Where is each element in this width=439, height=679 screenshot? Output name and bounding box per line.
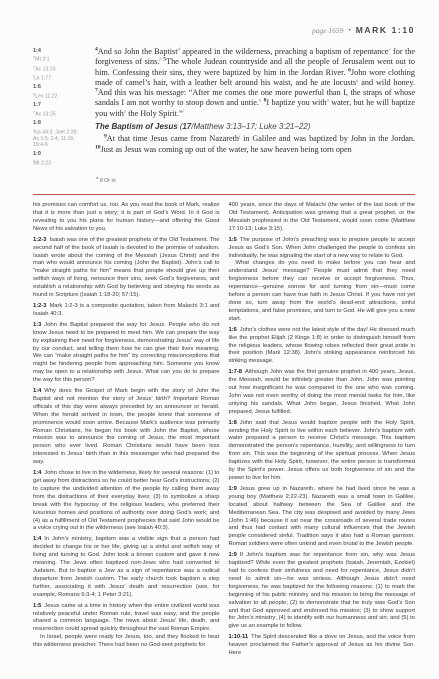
footnote-marker: a [96,175,98,180]
scripture-text-column: 4And so John the Baptistd appeared in th… [95,47,415,169]
study-note: 1:6 John’s clothes were not the latest s… [229,327,416,367]
margin-cross-reference: hAc 13:25 [33,109,95,118]
note-verse-reference: 1:3 [33,322,41,328]
red-divider-rule [33,194,415,195]
section-heading: The Baptism of Jesus(17/Matthew 3:13–17;… [95,122,415,132]
cross-reference-letter: d [177,46,179,51]
study-note-paragraph: 1:5 The purpose of John’s preaching was … [229,237,416,261]
study-note: 1:4 Why does the Gospel of Mark begin wi… [33,388,220,467]
study-note-paragraph: 1:5 Jesus came at a time in history when… [33,603,220,635]
cross-reference-letter: g [356,77,358,82]
note-verse-reference: 1:2-3 [33,237,47,243]
verse-number: 5 [163,57,166,63]
study-notes-left-column: his promises can comfort us, too. As you… [33,202,220,661]
study-note: 1:7-8 Although John was the first genuin… [229,369,416,416]
margin-entry: 1:9jMt 2:23 [33,151,95,167]
study-note: 1:4 John chose to live in the wilderness… [33,470,220,533]
section-heading-title: The Baptism of Jesus [95,122,178,131]
scripture-paragraph-verses-4-8: 4And so John the Baptistd appeared in th… [95,47,415,119]
verse-number: 6 [348,67,351,73]
study-note: 1:5 The purpose of John’s preaching was … [229,237,416,324]
cross-reference-letter: j [239,134,240,139]
cross-reference-letter: i [183,108,184,113]
note-verse-reference: 1:2-3 [33,303,47,309]
study-note-paragraph: 1:9 Jesus grew up in Nazareth, where he … [229,486,416,549]
scripture-section: 1:4dMt 3:1eAc 13:24fLk 1:771:6gLev 11:22… [33,47,415,169]
scripture-paragraph-verses-9-10: 9At that time Jesus came from Nazarethj … [95,134,415,155]
note-verse-reference: 1:5 [33,603,41,609]
margin-cross-reference: fLk 1:77 [33,73,95,82]
note-verse-reference: 1:4 [33,470,41,476]
cross-reference-letter: h [259,98,261,103]
verse-number: 10 [95,144,101,150]
running-head: page 1659•MARK 1:10 [33,20,415,38]
note-verse-reference: 1:9 [229,486,237,492]
parallel-passages: /Matthew 3:13–17; Luke 3:21–22) [191,122,310,131]
note-verse-reference: 1:10-11 [229,634,249,640]
study-note-paragraph: 1:2-3 Isaiah was one of the greatest pro… [33,237,220,300]
study-note: 1:4 In John’s ministry, baptism was a vi… [33,536,220,599]
study-note-paragraph: In Israel, people were ready for Jesus, … [33,634,220,650]
study-note-paragraph: 1:8 John said that Jesus would baptize p… [229,420,416,483]
study-note-paragraph: 1:4 John chose to live in the wilderness… [33,470,220,533]
note-verse-reference: 1:4 [33,388,41,394]
verse-number: 8 [264,98,267,104]
cross-reference-letter: a [327,98,329,103]
note-verse-reference: 1:4 [33,536,41,542]
study-note: 1:9 If John’s baptism was for repentance… [229,552,416,631]
verse-number: 7 [95,87,98,93]
bible-page: page 1659•MARK 1:10 1:4dMt 3:1eAc 13:24f… [0,0,439,661]
margin-references: 1:4dMt 3:1eAc 13:24fLk 1:771:6gLev 11:22… [33,47,95,169]
footnote-verse: 8 [100,178,103,184]
footnote-text: Or in [104,178,115,184]
book-chapter-verse: MARK 1:10 [356,25,415,35]
study-note: 1:8 John said that Jesus would baptize p… [229,420,416,483]
study-note-paragraph: 1:7-8 Although John was the first genuin… [229,369,416,416]
study-note: 1:3 John the Baptist prepared the way fo… [33,322,220,385]
study-note: 1:10-11 The Spirit descended like a dove… [229,634,416,658]
study-note-paragraph: 1:9 If John’s baptism was for repentance… [229,552,416,631]
verse-number: 9 [104,134,107,140]
margin-entry: 1:8iIsa 44:3; Joel 2:28;Ac 1:5; 2:4; 11:… [33,120,95,148]
study-note-paragraph: 1:4 Why does the Gospel of Mark begin wi… [33,388,220,467]
note-verse-reference: 1:5 [229,237,237,243]
translation-footnote: a 8 Or in [96,175,415,184]
study-note: 1:9 Jesus grew up in Nazareth, where he … [229,486,416,549]
study-note-paragraph: 1:3 John the Baptist prepared the way fo… [33,322,220,385]
margin-entry: 1:7hAc 13:25 [33,102,95,118]
study-note: 1:5 Jesus came at a time in history when… [33,603,220,650]
study-note-paragraph: What changes do you need to make before … [229,260,416,323]
cross-reference-letter: a [124,108,126,113]
note-verse-reference: 1:8 [229,420,237,426]
verse-number: 4 [95,46,98,52]
study-notes-right-column: 400 years, since the days of Malachi (th… [229,202,416,661]
study-note: 1:2-3 Mark 1:2-3 is a composite quotatio… [33,303,220,319]
margin-cross-reference: jMt 2:23 [33,158,95,167]
study-note: 1:2-3 Isaiah was one of the greatest pro… [33,237,220,300]
study-note: his promises can comfort us, too. As you… [33,202,220,234]
cross-reference-letter: f [159,57,160,62]
note-verse-reference: 1:7-8 [229,369,243,375]
study-notes-section: his promises can comfort us, too. As you… [33,202,415,661]
study-note: 400 years, since the days of Malachi (th… [229,202,416,234]
study-note-paragraph: his promises can comfort us, too. As you… [33,202,220,234]
margin-cross-reference: gLev 11:22 [33,91,95,100]
margin-entry: 1:6gLev 11:22 [33,84,95,100]
bullet-separator: • [348,27,350,34]
study-note-paragraph: 1:2-3 Mark 1:2-3 is a composite quotatio… [33,303,220,319]
section-heading-parallel-refs: (17/Matthew 3:13–17; Luke 3:21–22) [180,122,311,131]
note-verse-reference: 1:9 [229,552,237,558]
note-verse-reference: 1:6 [229,327,237,333]
margin-entry: 1:4dMt 3:1eAc 13:24fLk 1:77 [33,48,95,82]
margin-cross-reference: 19:4-6 [33,142,95,148]
margin-cross-reference: dMt 3:1 [33,54,95,63]
margin-cross-reference: eAc 13:24 [33,64,95,73]
study-note-paragraph: 400 years, since the days of Malachi (th… [229,202,416,234]
harmony-number: 17 [182,122,191,131]
margin-cross-reference: iIsa 44:3; Joel 2:28; [33,127,95,136]
page-number: page 1659 [312,26,343,35]
study-note-paragraph: 1:10-11 The Spirit descended like a dove… [229,634,416,658]
study-note-paragraph: 1:6 John’s clothes were not the latest s… [229,327,416,367]
cross-reference-letter: e [389,46,391,51]
study-note-paragraph: 1:4 In John’s ministry, baptism was a vi… [33,536,220,599]
